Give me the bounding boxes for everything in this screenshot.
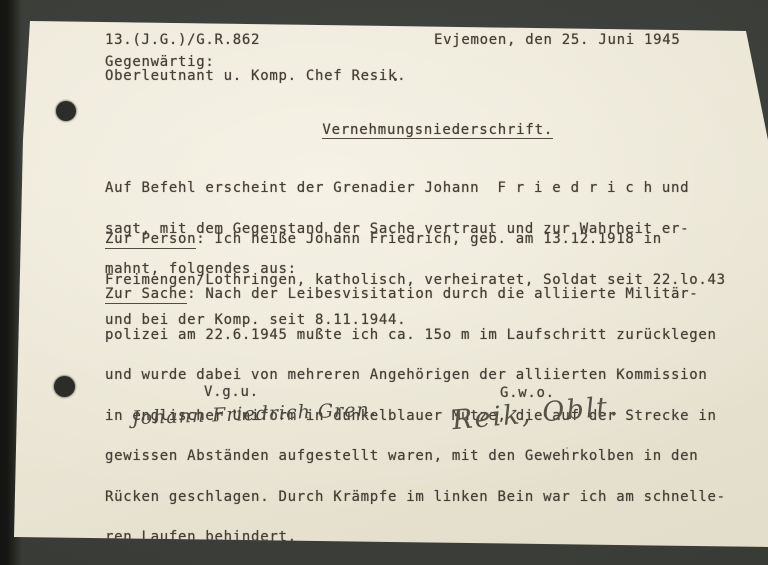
- document-paper: 13.(J.G.)/G.R.862 Evjemoen, den 25. Juni…: [0, 0, 768, 565]
- person-line-1: Zur Person: Ich heiße Johann Friedrich, …: [105, 233, 726, 247]
- person-line-1-rest: : Ich heiße Johann Friedrich, geb. am 13…: [196, 231, 662, 247]
- case-line-7: ren Laufen behindert.: [105, 531, 726, 545]
- photo-backdrop: 13.(J.G.)/G.R.862 Evjemoen, den 25. Juni…: [0, 0, 768, 565]
- present-officer-line: Oberleutnant u. Komp. Chef Resik.: [105, 70, 406, 84]
- unit-designation: 13.(J.G.)/G.R.862: [105, 34, 260, 48]
- punch-hole-bottom: [54, 376, 75, 397]
- case-label: Zur Sache: [105, 286, 187, 304]
- case-line-1-rest: : Nach der Leibesvisitation durch die al…: [187, 286, 698, 302]
- case-line-2: polizei am 22.6.1945 mußte ich ca. 15o m…: [105, 329, 726, 343]
- intro-line-1: Auf Befehl erscheint der Grenadier Johan…: [105, 182, 689, 196]
- punch-hole-top: [56, 101, 76, 121]
- person-label: Zur Person: [105, 231, 196, 249]
- place-and-date: Evjemoen, den 25. Juni 1945: [434, 34, 680, 48]
- document-title-text: Vernehmungsniederschrift.: [322, 122, 553, 140]
- vgu-abbreviation: V.g.u.: [204, 386, 259, 400]
- case-line-3: und wurde dabei von mehreren Angehörigen…: [105, 369, 726, 383]
- case-line-1: Zur Sache: Nach der Leibesvisitation dur…: [105, 288, 726, 302]
- document-title: Vernehmungsniederschrift.: [267, 110, 553, 151]
- case-line-6: Rücken geschlagen. Durch Krämpfe im link…: [105, 491, 726, 505]
- case-line-5: gewissen Abständen aufgestellt waren, mi…: [105, 450, 726, 464]
